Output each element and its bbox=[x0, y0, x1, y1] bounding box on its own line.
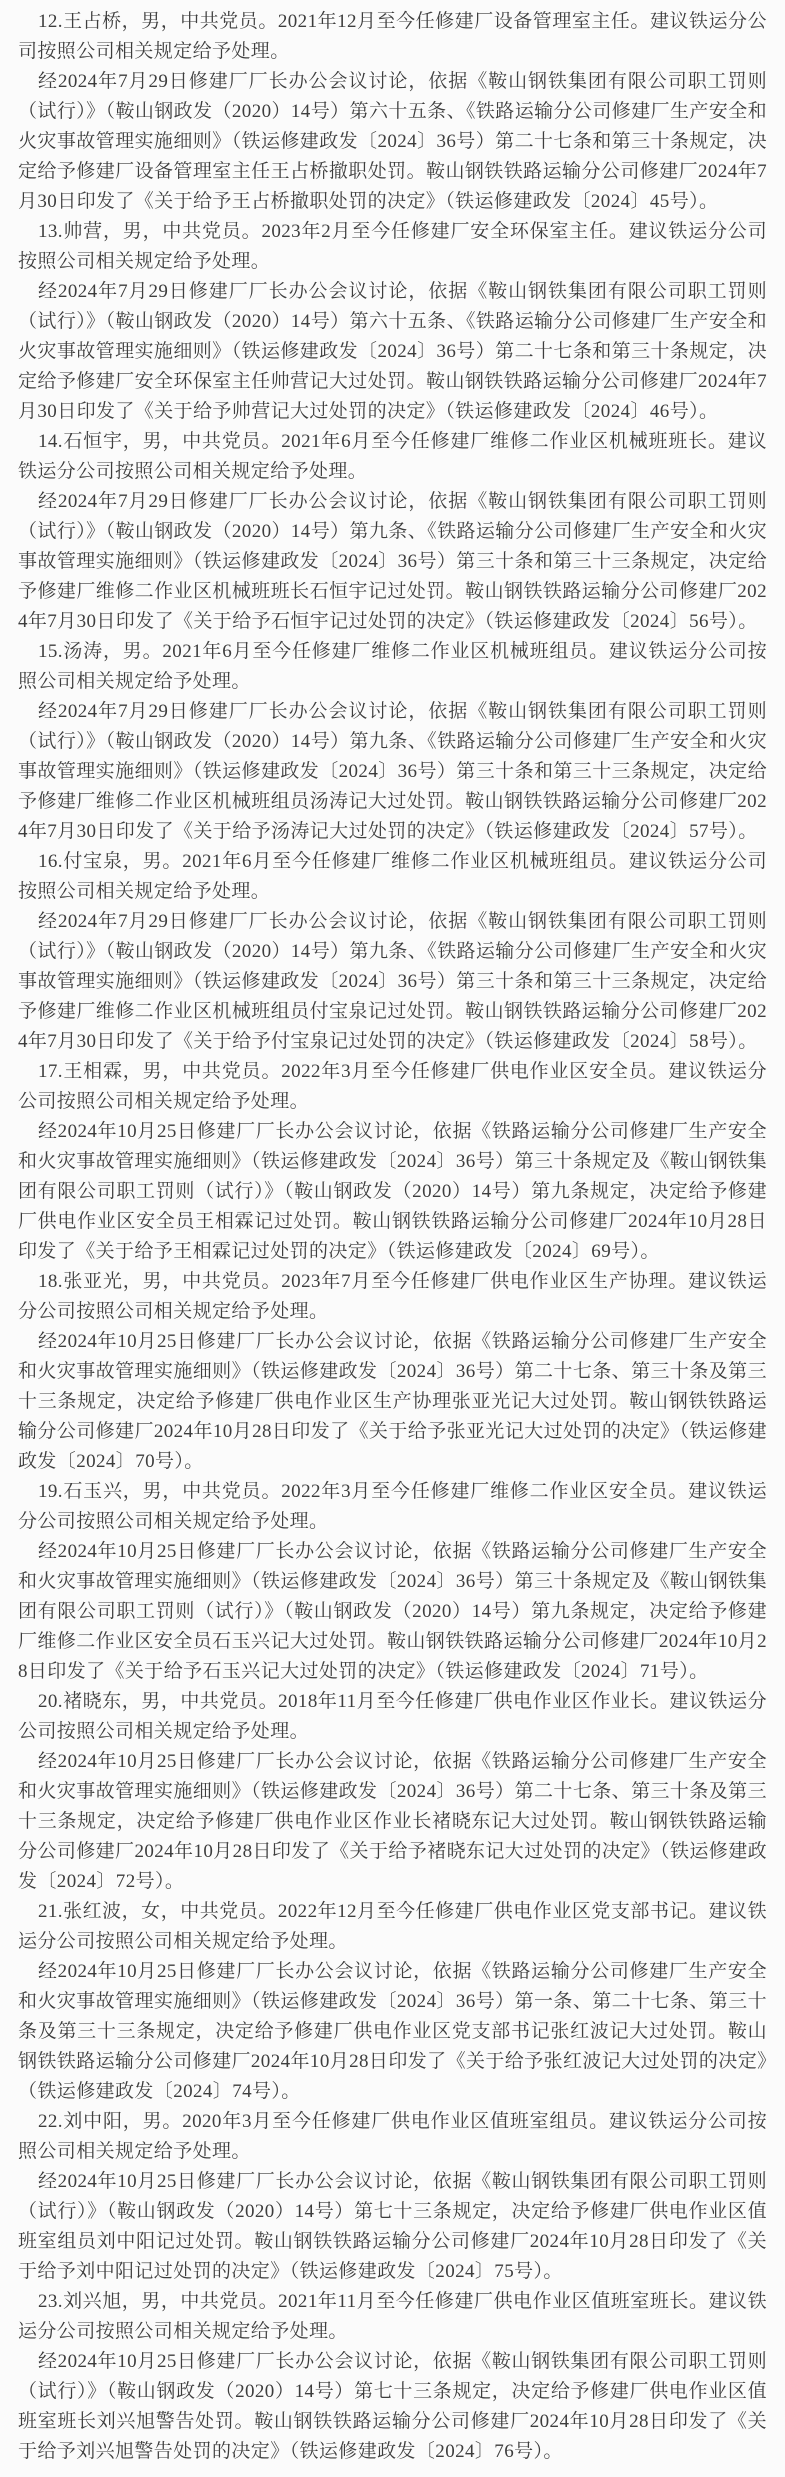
document-paragraph: 经2024年7月29日修建厂厂长办公会议讨论，依据《鞍山钢铁集团有限公司职工罚则… bbox=[18, 67, 767, 217]
document-paragraph: 13.帅营，男，中共党员。2023年2月至今任修建厂安全环保室主任。建议铁运分公… bbox=[18, 217, 767, 277]
document-paragraph: 20.褚晓东，男，中共党员。2018年11月至今任修建厂供电作业区作业长。建议铁… bbox=[18, 1687, 767, 1747]
document-paragraph: 21.张红波，女，中共党员。2022年12月至今任修建厂供电作业区党支部书记。建… bbox=[18, 1897, 767, 1957]
document-paragraph: 经2024年7月29日修建厂厂长办公会议讨论，依据《鞍山钢铁集团有限公司职工罚则… bbox=[18, 487, 767, 637]
document-paragraph: 经2024年10月25日修建厂厂长办公会议讨论，依据《铁路运输分公司修建厂生产安… bbox=[18, 1957, 767, 2107]
document-paragraph: 19.石玉兴，男，中共党员。2022年3月至今任修建厂维修二作业区安全员。建议铁… bbox=[18, 1477, 767, 1537]
document-paragraph: 经2024年7月29日修建厂厂长办公会议讨论，依据《鞍山钢铁集团有限公司职工罚则… bbox=[18, 697, 767, 847]
document-paragraph: 经2024年10月25日修建厂厂长办公会议讨论，依据《铁路运输分公司修建厂生产安… bbox=[18, 1747, 767, 1897]
document-page: 12.王占桥，男，中共党员。2021年12月至今任修建厂设备管理室主任。建议铁运… bbox=[0, 0, 785, 2477]
document-paragraph: 18.张亚光，男，中共党员。2023年7月至今任修建厂供电作业区生产协理。建议铁… bbox=[18, 1267, 767, 1327]
document-paragraph: 22.刘中阳，男。2020年3月至今任修建厂供电作业区值班室组员。建议铁运分公司… bbox=[18, 2107, 767, 2167]
document-paragraph: 经2024年7月29日修建厂厂长办公会议讨论，依据《鞍山钢铁集团有限公司职工罚则… bbox=[18, 907, 767, 1057]
document-paragraph: 17.王相霖，男，中共党员。2022年3月至今任修建厂供电作业区安全员。建议铁运… bbox=[18, 1057, 767, 1117]
document-paragraph: 经2024年7月29日修建厂厂长办公会议讨论，依据《鞍山钢铁集团有限公司职工罚则… bbox=[18, 277, 767, 427]
document-body: 12.王占桥，男，中共党员。2021年12月至今任修建厂设备管理室主任。建议铁运… bbox=[18, 7, 767, 2467]
document-paragraph: 12.王占桥，男，中共党员。2021年12月至今任修建厂设备管理室主任。建议铁运… bbox=[18, 7, 767, 67]
document-paragraph: 经2024年10月25日修建厂厂长办公会议讨论，依据《铁路运输分公司修建厂生产安… bbox=[18, 1537, 767, 1687]
document-paragraph: 经2024年10月25日修建厂厂长办公会议讨论，依据《鞍山钢铁集团有限公司职工罚… bbox=[18, 2347, 767, 2467]
document-paragraph: 23.刘兴旭，男，中共党员。2021年11月至今任修建厂供电作业区值班室班长。建… bbox=[18, 2287, 767, 2347]
document-paragraph: 15.汤涛，男。2021年6月至今任修建厂维修二作业区机械班组员。建议铁运分公司… bbox=[18, 637, 767, 697]
document-paragraph: 经2024年10月25日修建厂厂长办公会议讨论，依据《铁路运输分公司修建厂生产安… bbox=[18, 1117, 767, 1267]
document-paragraph: 经2024年10月25日修建厂厂长办公会议讨论，依据《鞍山钢铁集团有限公司职工罚… bbox=[18, 2167, 767, 2287]
document-paragraph: 16.付宝泉，男。2021年6月至今任修建厂维修二作业区机械班组员。建议铁运分公… bbox=[18, 847, 767, 907]
document-paragraph: 14.石恒宇，男，中共党员。2021年6月至今任修建厂维修二作业区机械班班长。建… bbox=[18, 427, 767, 487]
document-paragraph: 经2024年10月25日修建厂厂长办公会议讨论，依据《铁路运输分公司修建厂生产安… bbox=[18, 1327, 767, 1477]
